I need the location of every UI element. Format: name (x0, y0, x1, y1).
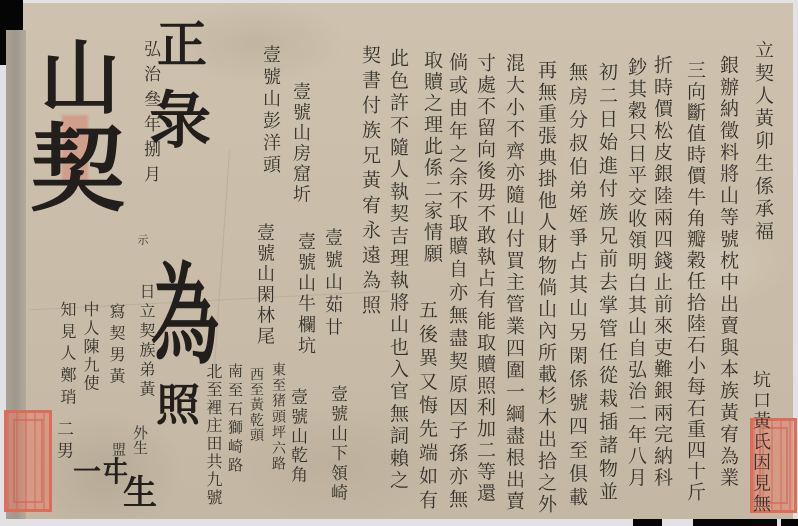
body-column-9: 混大小不齊亦隨山付買主管業四圍一綱盡根出賣 (504, 53, 523, 513)
parcel-item: 壹號山閑林尾 (255, 223, 273, 347)
scan-corner-black (0, 0, 23, 30)
contract-date: 弘治叄年捌月 (141, 40, 158, 190)
boundary-north: 北至裡庄田共九號 (205, 363, 221, 507)
parcel-item: 壹號山彭洋頭 (261, 45, 279, 177)
body-column-12a: 取贖之理此係二家情願 (422, 50, 441, 265)
scan-corner-black (0, 30, 6, 65)
body-column-1: 立契人黃卯生係承福 (753, 40, 772, 243)
boundary-east: 東至猪頭坪六路 (271, 362, 285, 472)
contract-scan: 山 契 正 彔 弘治叄年捌月 示 為 照 立契人黃卯生係承福 銀辦納徵料將山等號… (0, 0, 798, 526)
parcel-item: 壹號山茹廿 (323, 228, 341, 340)
body-column-10: 寸處不留向後毋不敢執占有能取贖照利加二等還 (475, 53, 494, 505)
parcel-item: 壹號山下領崎 (328, 385, 345, 503)
seller-line: 日立契族弟黃 (138, 283, 154, 400)
title-char-shan: 山 (40, 38, 120, 118)
witness-line: 知見人鄭琑 (59, 301, 75, 410)
body-column-8: 再無重張典掛他人財物倘山內所載杉木出拾之外 (536, 60, 555, 516)
red-seal-left (4, 410, 52, 512)
closing-char-wei: 為 (151, 262, 219, 371)
boundary-south: 南至石獅崎路 (227, 363, 242, 476)
body-column-7: 無房分叔伯弟姪爭占其山另閑係號四至俱載 (567, 62, 586, 510)
closing-char-zhao: 照 (156, 384, 200, 428)
body-column-11: 倘或由年之余不取贖自亦無盡契原因子孫亦無 (447, 52, 466, 512)
scribe-line: 寫契男黃 (108, 303, 124, 389)
witness-signature-mark: 一㐄 (73, 458, 129, 486)
body-column-5: 鈔其穀只日平交收領明白其山自弘治二年八月 (626, 57, 645, 489)
heading-mark-top: 正 (157, 20, 207, 70)
scan-bottom-black-bar (693, 519, 777, 526)
seller-note: 外生 (132, 425, 147, 455)
scan-bottom-black-bar (633, 519, 662, 526)
body-column-2: 銀辦納徵料將山等號枕中出賣與本族黃宥為業 (718, 55, 737, 489)
parcel-item: 壹號山房窟圻 (291, 82, 309, 205)
body-column-12b: 五後異又悔先端如有 (417, 300, 436, 513)
body-column-14: 契書付族兄黃宥永遠為照 (360, 45, 379, 320)
witness-note: 二男 (54, 420, 71, 463)
scan-bottom-margin (0, 519, 798, 526)
parcel-item: 壹號山牛欄坑 (296, 232, 314, 357)
scan-bottom-black-bar (781, 519, 798, 526)
middleman-line: 中人陳九使 (82, 301, 98, 393)
body-column-3: 三向斷值時價牛角瓣穀任拾陸石小每石重四十斤 (685, 60, 704, 503)
parcel-item: 壹號山乾角 (288, 388, 305, 485)
title-char-qi: 契 (30, 122, 125, 217)
body-column-6: 初二日始進付族兄前去掌管任從栽插諸物並 (597, 62, 616, 505)
body-column-4: 折時價松皮銀陸兩四錢止前來吏難銀兩完納科 (652, 55, 671, 489)
body-column-13: 此色許不隨人執契吉理執將山也入官無詞賴之 (388, 48, 407, 492)
small-mark: 示 (137, 234, 148, 245)
right-annotation: 坑口黃氏因見無 (751, 370, 769, 515)
boundary-west: 西至黃乾頭 (249, 367, 263, 443)
scribe-signature-mark: 盟 (111, 442, 125, 456)
